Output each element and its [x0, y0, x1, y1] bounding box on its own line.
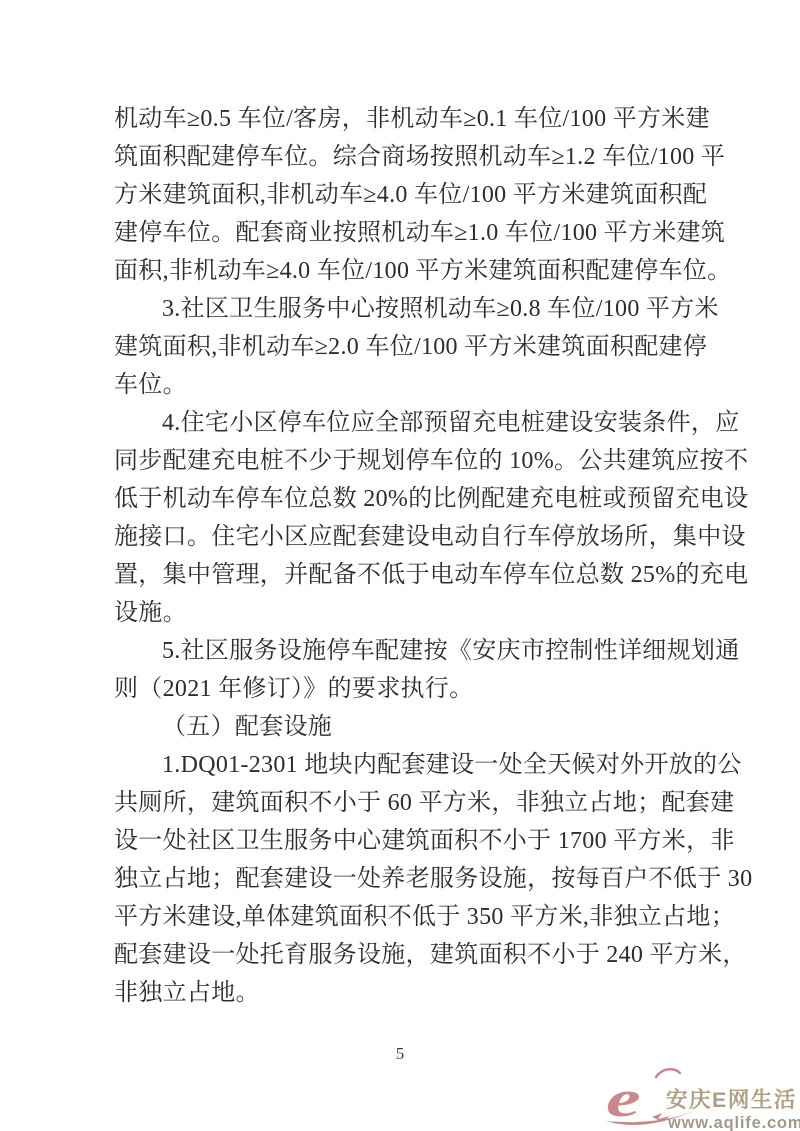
text-line: 面积,非机动车≥4.0 车位/100 平方米建筑面积配建停车位。: [114, 252, 700, 290]
aqlife-watermark: e 安庆E网生活 www.aqlife.com: [600, 1055, 800, 1131]
text-line: 3.社区卫生服务中心按照机动车≥0.8 车位/100 平方米: [114, 290, 700, 328]
text-line: 同步配建充电桩不少于规划停车位的 10%。公共建筑应按不: [114, 442, 700, 480]
text-line: 5.社区服务设施停车配建按《安庆市控制性详细规划通: [114, 632, 700, 670]
text-line: 非独立占地。: [114, 974, 700, 1012]
text-line: 置，集中管理，并配备不低于电动车停车位总数 25%的充电: [114, 556, 700, 594]
text-line: 共厕所，建筑面积不小于 60 平方米，非独立占地；配套建: [114, 784, 700, 822]
text-line: 独立占地；配套建设一处养老服务设施，按每百户不低于 30: [114, 860, 700, 898]
text-line: 设施。: [114, 594, 700, 632]
text-line: 设一处社区卫生服务中心建筑面积不小于 1700 平方米，非: [114, 822, 700, 860]
aqlife-logo: e 安庆E网生活 www.aqlife.com: [600, 1055, 800, 1131]
text-line: 配套建设一处托育服务设施，建筑面积不小于 240 平方米，: [114, 936, 700, 974]
watermark-site-name: 安庆E网生活: [666, 1087, 797, 1112]
text-line: 平方米建设,单体建筑面积不低于 350 平方米,非独立占地；: [114, 898, 700, 936]
text-line: 施接口。住宅小区应配套建设电动自行车停放场所，集中设: [114, 518, 700, 556]
text-line: 建筑面积,非机动车≥2.0 车位/100 平方米建筑面积配建停: [114, 328, 700, 366]
text-line: 4.住宅小区停车位应全部预留充电桩建设安装条件，应: [114, 404, 700, 442]
text-line: （五）配套设施: [114, 708, 700, 746]
text-line: 机动车≥0.5 车位/客房，非机动车≥0.1 车位/100 平方米建: [114, 100, 700, 138]
text-line: 建停车位。配套商业按照机动车≥1.0 车位/100 平方米建筑: [114, 214, 700, 252]
aqlife-logo-e-icon: e: [606, 1071, 641, 1128]
text-line: 方米建筑面积,非机动车≥4.0 车位/100 平方米建筑面积配: [114, 176, 700, 214]
watermark-site-url: www.aqlife.com: [667, 1114, 800, 1131]
svg-text:e: e: [606, 1071, 641, 1128]
text-line: 车位。: [114, 366, 700, 404]
text-line: 则（2021 年修订）》的要求执行。: [114, 670, 700, 708]
text-line: 低于机动车停车位总数 20%的比例配建充电桩或预留充电设: [114, 480, 700, 518]
text-line: 筑面积配建停车位。综合商场按照机动车≥1.2 车位/100 平: [114, 138, 700, 176]
text-line: 1.DQ01-2301 地块内配套建设一处全天候对外开放的公: [114, 746, 700, 784]
aqlife-logo-curl-icon: [656, 1069, 680, 1077]
document-body: 机动车≥0.5 车位/客房，非机动车≥0.1 车位/100 平方米建筑面积配建停…: [114, 100, 700, 1012]
